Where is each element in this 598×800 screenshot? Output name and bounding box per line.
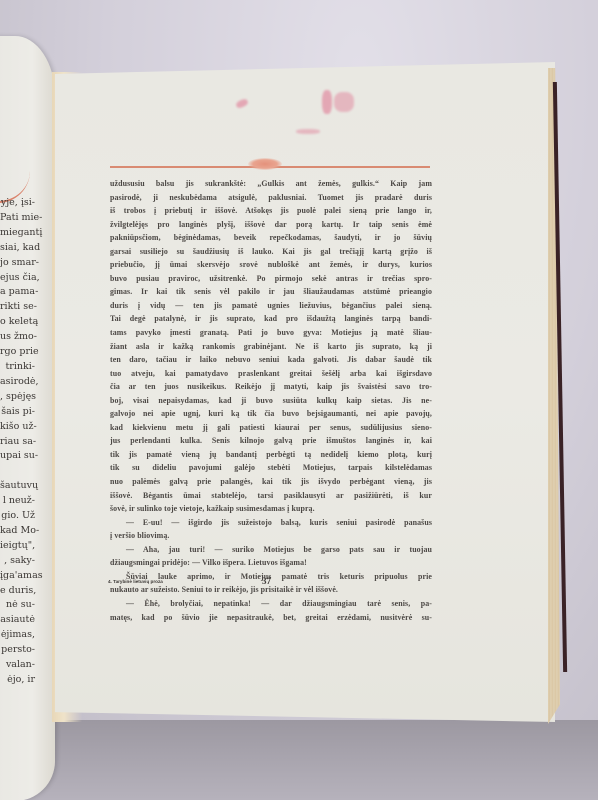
ink-stain xyxy=(296,129,320,134)
left-text-fragment: e duris, xyxy=(0,584,35,599)
text-line: ten daro, tačiau ir laiko nebuvo seniui … xyxy=(110,353,432,367)
ornament-vignette-icon xyxy=(248,158,282,170)
left-text-fragment: nė su- xyxy=(0,598,35,613)
left-text-fragment: ieigtų", xyxy=(0,539,35,554)
left-text-fragment: siai, kad xyxy=(0,241,35,256)
text-line: žiant asla ir kažką rankomis grabinėjant… xyxy=(110,340,432,354)
left-text-fragment: upai su- xyxy=(0,449,35,464)
text-line: matęs, kad po šūvio jie nepasitraukė, be… xyxy=(110,611,432,625)
text-line: pasirodė, ji neskubėdama atsigulė, paklu… xyxy=(110,191,432,205)
text-line: čia ar ten juos nusikeikus. Reikėjo jį m… xyxy=(110,380,432,394)
left-text-fragment: asirodė, xyxy=(0,375,35,390)
left-text-fragment: kad Mo- xyxy=(0,524,35,539)
left-text-fragment: šautuvų xyxy=(0,479,35,494)
ink-stain xyxy=(334,92,354,112)
text-line: nuo palėmės galvą prie palangės, kai tik… xyxy=(110,475,432,489)
text-line: tams pavyko įmesti granatą. Pati jo buvo… xyxy=(110,326,432,340)
left-page: yje, įsi-Pati mie-miegantįsiai, kadjo sm… xyxy=(0,36,55,800)
left-text-fragment xyxy=(0,464,35,479)
signature-mark: 4. Tarybinė lietuvių proza xyxy=(108,579,163,584)
text-line: iššovė. Bėgantis ūmai stabtelėjo, tarsi … xyxy=(110,489,432,503)
text-line: kad kiekvienu metu jį gali patiesti kiau… xyxy=(110,421,432,435)
left-text-fragment: persto- xyxy=(0,643,35,658)
text-line: duris į vidų — ten jis pamatė ugnies lie… xyxy=(110,299,432,313)
text-line: buvo pusiau pravirос, užsitrenkė. Po pir… xyxy=(110,272,432,286)
text-line: tuo atveju, kai pamatydavo praslenkant g… xyxy=(110,367,432,381)
text-line: į veršio bliovimą. xyxy=(110,529,432,543)
table-surface-shadow xyxy=(0,720,598,800)
text-line: — E-uu! — išgirdo jis sužeistojo balsą, … xyxy=(110,516,432,530)
left-text-fragment: yje, įsi- xyxy=(0,196,35,211)
left-text-fragment: jo smar- xyxy=(0,256,35,271)
page-number: 37 xyxy=(262,576,271,586)
text-line: tik jis pamatė vieną jų bandantį perbėgt… xyxy=(110,448,432,462)
left-text-fragment: asiautė xyxy=(0,613,35,628)
text-line: gimas. Ir kai tik senis vėl pakilo ir ja… xyxy=(110,285,432,299)
left-text-fragment: gio. Už xyxy=(0,509,35,524)
left-text-fragment: įga'amas xyxy=(0,569,35,584)
left-text-fragment: kišo už- xyxy=(0,420,35,435)
left-text-fragment: rikti se- xyxy=(0,300,35,315)
left-text-fragment: l neuž- xyxy=(0,494,35,509)
left-text-fragment: o keletą xyxy=(0,315,35,330)
text-line: džiaugsmingai pridėjo: — Vilko išpera. L… xyxy=(110,556,432,570)
text-line: — Ėhė, brolyčiai, nepatinka! — dar džiau… xyxy=(110,597,432,611)
text-line: pakniūpsčiom, bėginėdamas, beveik repečk… xyxy=(110,231,432,245)
text-line: priebučio, jį ūmai skersvėjo srovė nublo… xyxy=(110,258,432,272)
left-text-fragment: ėjimas, xyxy=(0,628,35,643)
text-line: tik su dideliu pavojumi galėjo stebėti M… xyxy=(110,461,432,475)
text-line: garsai susiliejo su šaudžiusių iš lauko.… xyxy=(110,245,432,259)
left-text-fragment: valan- xyxy=(0,658,35,673)
text-line: galvojo nei apie ugnį, kuri ką tik čia b… xyxy=(110,407,432,421)
text-line: jus perlendanti kulka. Senis kilnojo gal… xyxy=(110,434,432,448)
ink-stain xyxy=(322,90,332,114)
text-line: šovė, ir sulinko toje vietoje, kažkaip s… xyxy=(110,502,432,516)
left-text-fragment: trinki- xyxy=(0,360,35,375)
left-text-fragment: riau sa- xyxy=(0,435,35,450)
left-text-fragment: us žmo- xyxy=(0,330,35,345)
left-text-fragment: ėjo, ir xyxy=(0,673,35,688)
text-line: Tai degė patalynė, ir jis suprato, kad p… xyxy=(110,312,432,326)
left-text-fragment: miegantį xyxy=(0,226,35,241)
text-line: boj, visai nepaisydamas, kad ji buvo sus… xyxy=(110,394,432,408)
page-body-text: uždususiu balsu jis sukrankštė: „Gulkis … xyxy=(110,177,432,624)
text-line: — Aha, jau turi! — suriko Motiejus be ga… xyxy=(110,543,432,557)
left-text-fragment: , spėjęs xyxy=(0,390,35,405)
left-text-fragment: šais pi- xyxy=(0,405,35,420)
left-text-fragment: ejus čia, xyxy=(0,271,35,286)
left-text-fragment: Pati mie- xyxy=(0,211,35,226)
text-line: žvilgtelėjęs pro langinės plyšį, iššovė … xyxy=(110,218,432,232)
text-line: nukauto ar sužeisto. Seniui to ir reikėj… xyxy=(110,583,432,597)
text-line: uždususiu balsu jis sukrankštė: „Gulkis … xyxy=(110,177,432,191)
left-page-text: yje, įsi-Pati mie-miegantįsiai, kadjo sm… xyxy=(0,196,35,688)
left-text-fragment: a pama- xyxy=(0,285,35,300)
left-text-fragment: rgo prie xyxy=(0,345,35,360)
left-text-fragment: , saky- xyxy=(0,554,35,569)
text-line: iš trobos į priebutį ir iššovė. Atšokęs … xyxy=(110,204,432,218)
